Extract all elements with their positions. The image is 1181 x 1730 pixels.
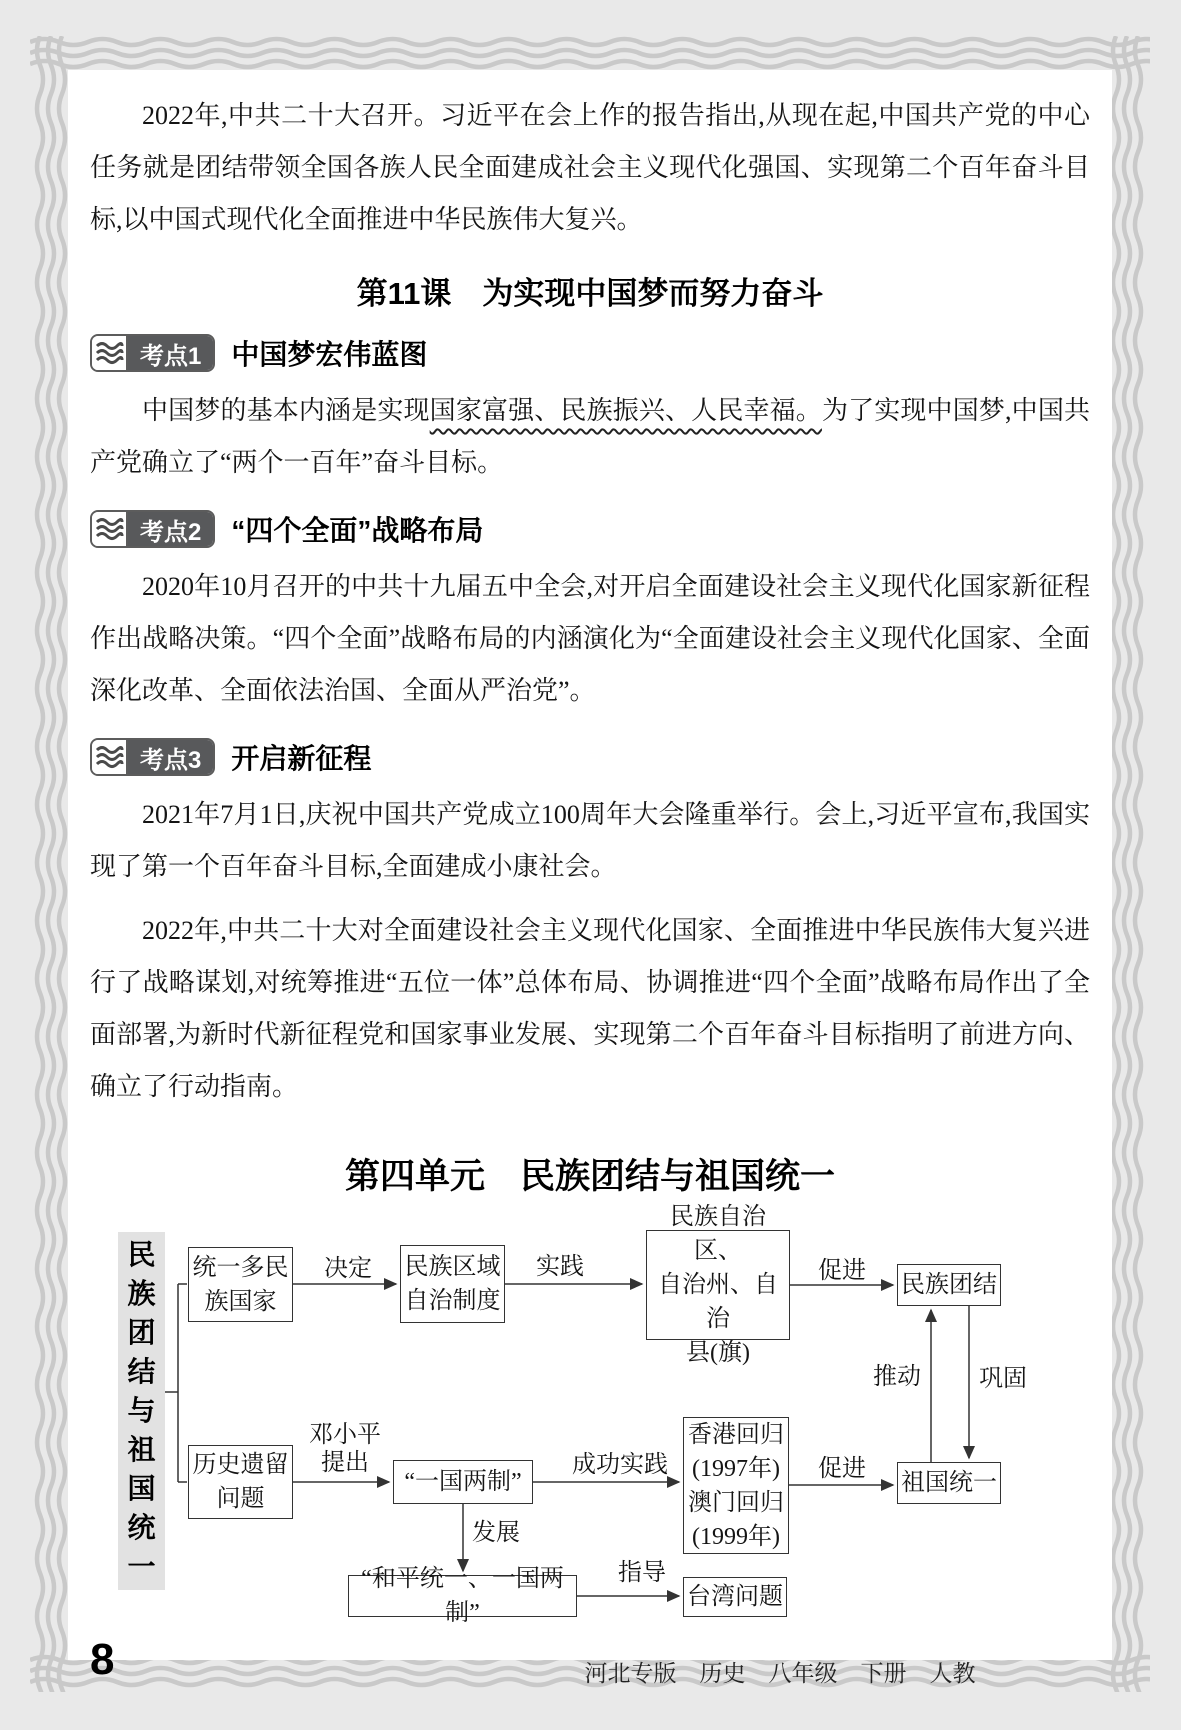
page-number: 8 [90, 1635, 114, 1685]
kaodian-1-paragraph: 中国梦的基本内涵是实现国家富强、民族振兴、人民幸福。为了实现中国梦,中国共产党确… [90, 385, 1090, 489]
edge-label-promote-bottom: 促进 [800, 1455, 884, 1483]
diagram-bracket [165, 1284, 187, 1482]
kaodian-1-badge-label: 考点1 [128, 336, 213, 370]
diagram-node-regional-autonomy-system: 民族区域 自治制度 [400, 1245, 505, 1323]
k1-text-wavy-underlined: 国家富强、民族振兴、人民幸福。 [430, 396, 822, 425]
diagram-node-autonomous-regions: 民族自治区、 自治州、自治 县(旗) [646, 1230, 790, 1340]
diagram-node-historical-issues: 历史遗留 问题 [188, 1445, 293, 1519]
textbook-page: 2022年,中共二十大召开。习近平在会上作的报告指出,从现在起,中国共产党的中心… [0, 0, 1181, 1730]
kaodian-3-header: 考点3 开启新征程 [90, 737, 1090, 777]
kaodian-1-header: 考点1 中国梦宏伟蓝图 [90, 333, 1090, 373]
unit-title: 第四单元 民族团结与祖国统一 [90, 1149, 1090, 1199]
edge-label-decide: 决定 [306, 1255, 390, 1283]
k1-text-pre: 中国梦的基本内涵是实现 [142, 396, 430, 425]
edge-label-practice: 实践 [518, 1253, 602, 1281]
diagram-node-taiwan-question: 台湾问题 [683, 1577, 787, 1617]
wave-icon [92, 740, 128, 774]
kaodian-3-paragraph-2: 2022年,中共二十大对全面建设社会主义现代化国家、全面推进中华民族伟大复兴进行… [90, 905, 1090, 1113]
diagram-node-hongkong-macau-return: 香港回归 (1997年) 澳门回归 (1999年) [683, 1417, 789, 1554]
edge-label-push: 推动 [868, 1363, 926, 1391]
edge-label-develop: 发展 [472, 1519, 544, 1547]
diagram-node-one-country-two-systems: “一国两制” [393, 1460, 533, 1504]
kaodian-2-badge-label: 考点2 [128, 512, 213, 546]
page-footer: 8 河北专版 历史 八年级 下册 人教 [90, 1639, 1090, 1699]
diagram-node-ethnic-unity: 民族团结 [897, 1264, 1001, 1306]
kaodian-3-paragraph-1: 2021年7月1日,庆祝中国共产党成立100周年大会隆重举行。会上,习近平宣布,… [90, 789, 1090, 893]
kaodian-3-badge-label: 考点3 [128, 740, 213, 774]
kaodian-1-heading: 中国梦宏伟蓝图 [231, 333, 427, 373]
wave-icon [92, 512, 128, 546]
lesson-title: 第11课 为实现中国梦而努力奋斗 [90, 268, 1090, 313]
edge-label-consolidate: 巩固 [974, 1365, 1032, 1393]
edge-label-success-practice: 成功实践 [552, 1451, 688, 1479]
kaodian-3-badge: 考点3 [90, 738, 215, 776]
kaodian-2-paragraph: 2020年10月召开的中共十九届五中全会,对开启全面建设社会主义现代化国家新征程… [90, 561, 1090, 717]
page-border-top [30, 34, 1150, 74]
kaodian-2-heading: “四个全面”战略布局 [231, 509, 483, 549]
kaodian-2-badge: 考点2 [90, 510, 215, 548]
diagram-node-peaceful-reunification: “和平统一、一国两制” [348, 1575, 577, 1617]
unit-concept-diagram: 民族团结与祖国统一 统一多民 族国家 民族区域 自治制度 民族自治区、 自治州、… [110, 1227, 1100, 1629]
page-border-right [1108, 36, 1148, 1692]
edge-label-deng-proposed: 邓小平 提出 [298, 1421, 392, 1477]
diagram-node-unified-multiethnic-state: 统一多民 族国家 [188, 1247, 293, 1322]
kaodian-1-badge: 考点1 [90, 334, 215, 372]
kaodian-2-header: 考点2 “四个全面”战略布局 [90, 509, 1090, 549]
page-border-left [32, 36, 72, 1692]
footer-imprint: 河北专版 历史 八年级 下册 人教 [490, 1655, 1070, 1688]
edge-label-promote-top: 促进 [800, 1257, 884, 1285]
diagram-root-label: 民族团结与祖国统一 [118, 1232, 165, 1590]
kaodian-3-heading: 开启新征程 [231, 737, 371, 777]
intro-paragraph: 2022年,中共二十大召开。习近平在会上作的报告指出,从现在起,中国共产党的中心… [90, 90, 1090, 246]
diagram-node-national-reunification: 祖国统一 [897, 1462, 1001, 1504]
edge-label-guide: 指导 [602, 1559, 682, 1587]
page-content: 2022年,中共二十大召开。习近平在会上作的报告指出,从现在起,中国共产党的中心… [90, 78, 1090, 1699]
wave-icon [92, 336, 128, 370]
